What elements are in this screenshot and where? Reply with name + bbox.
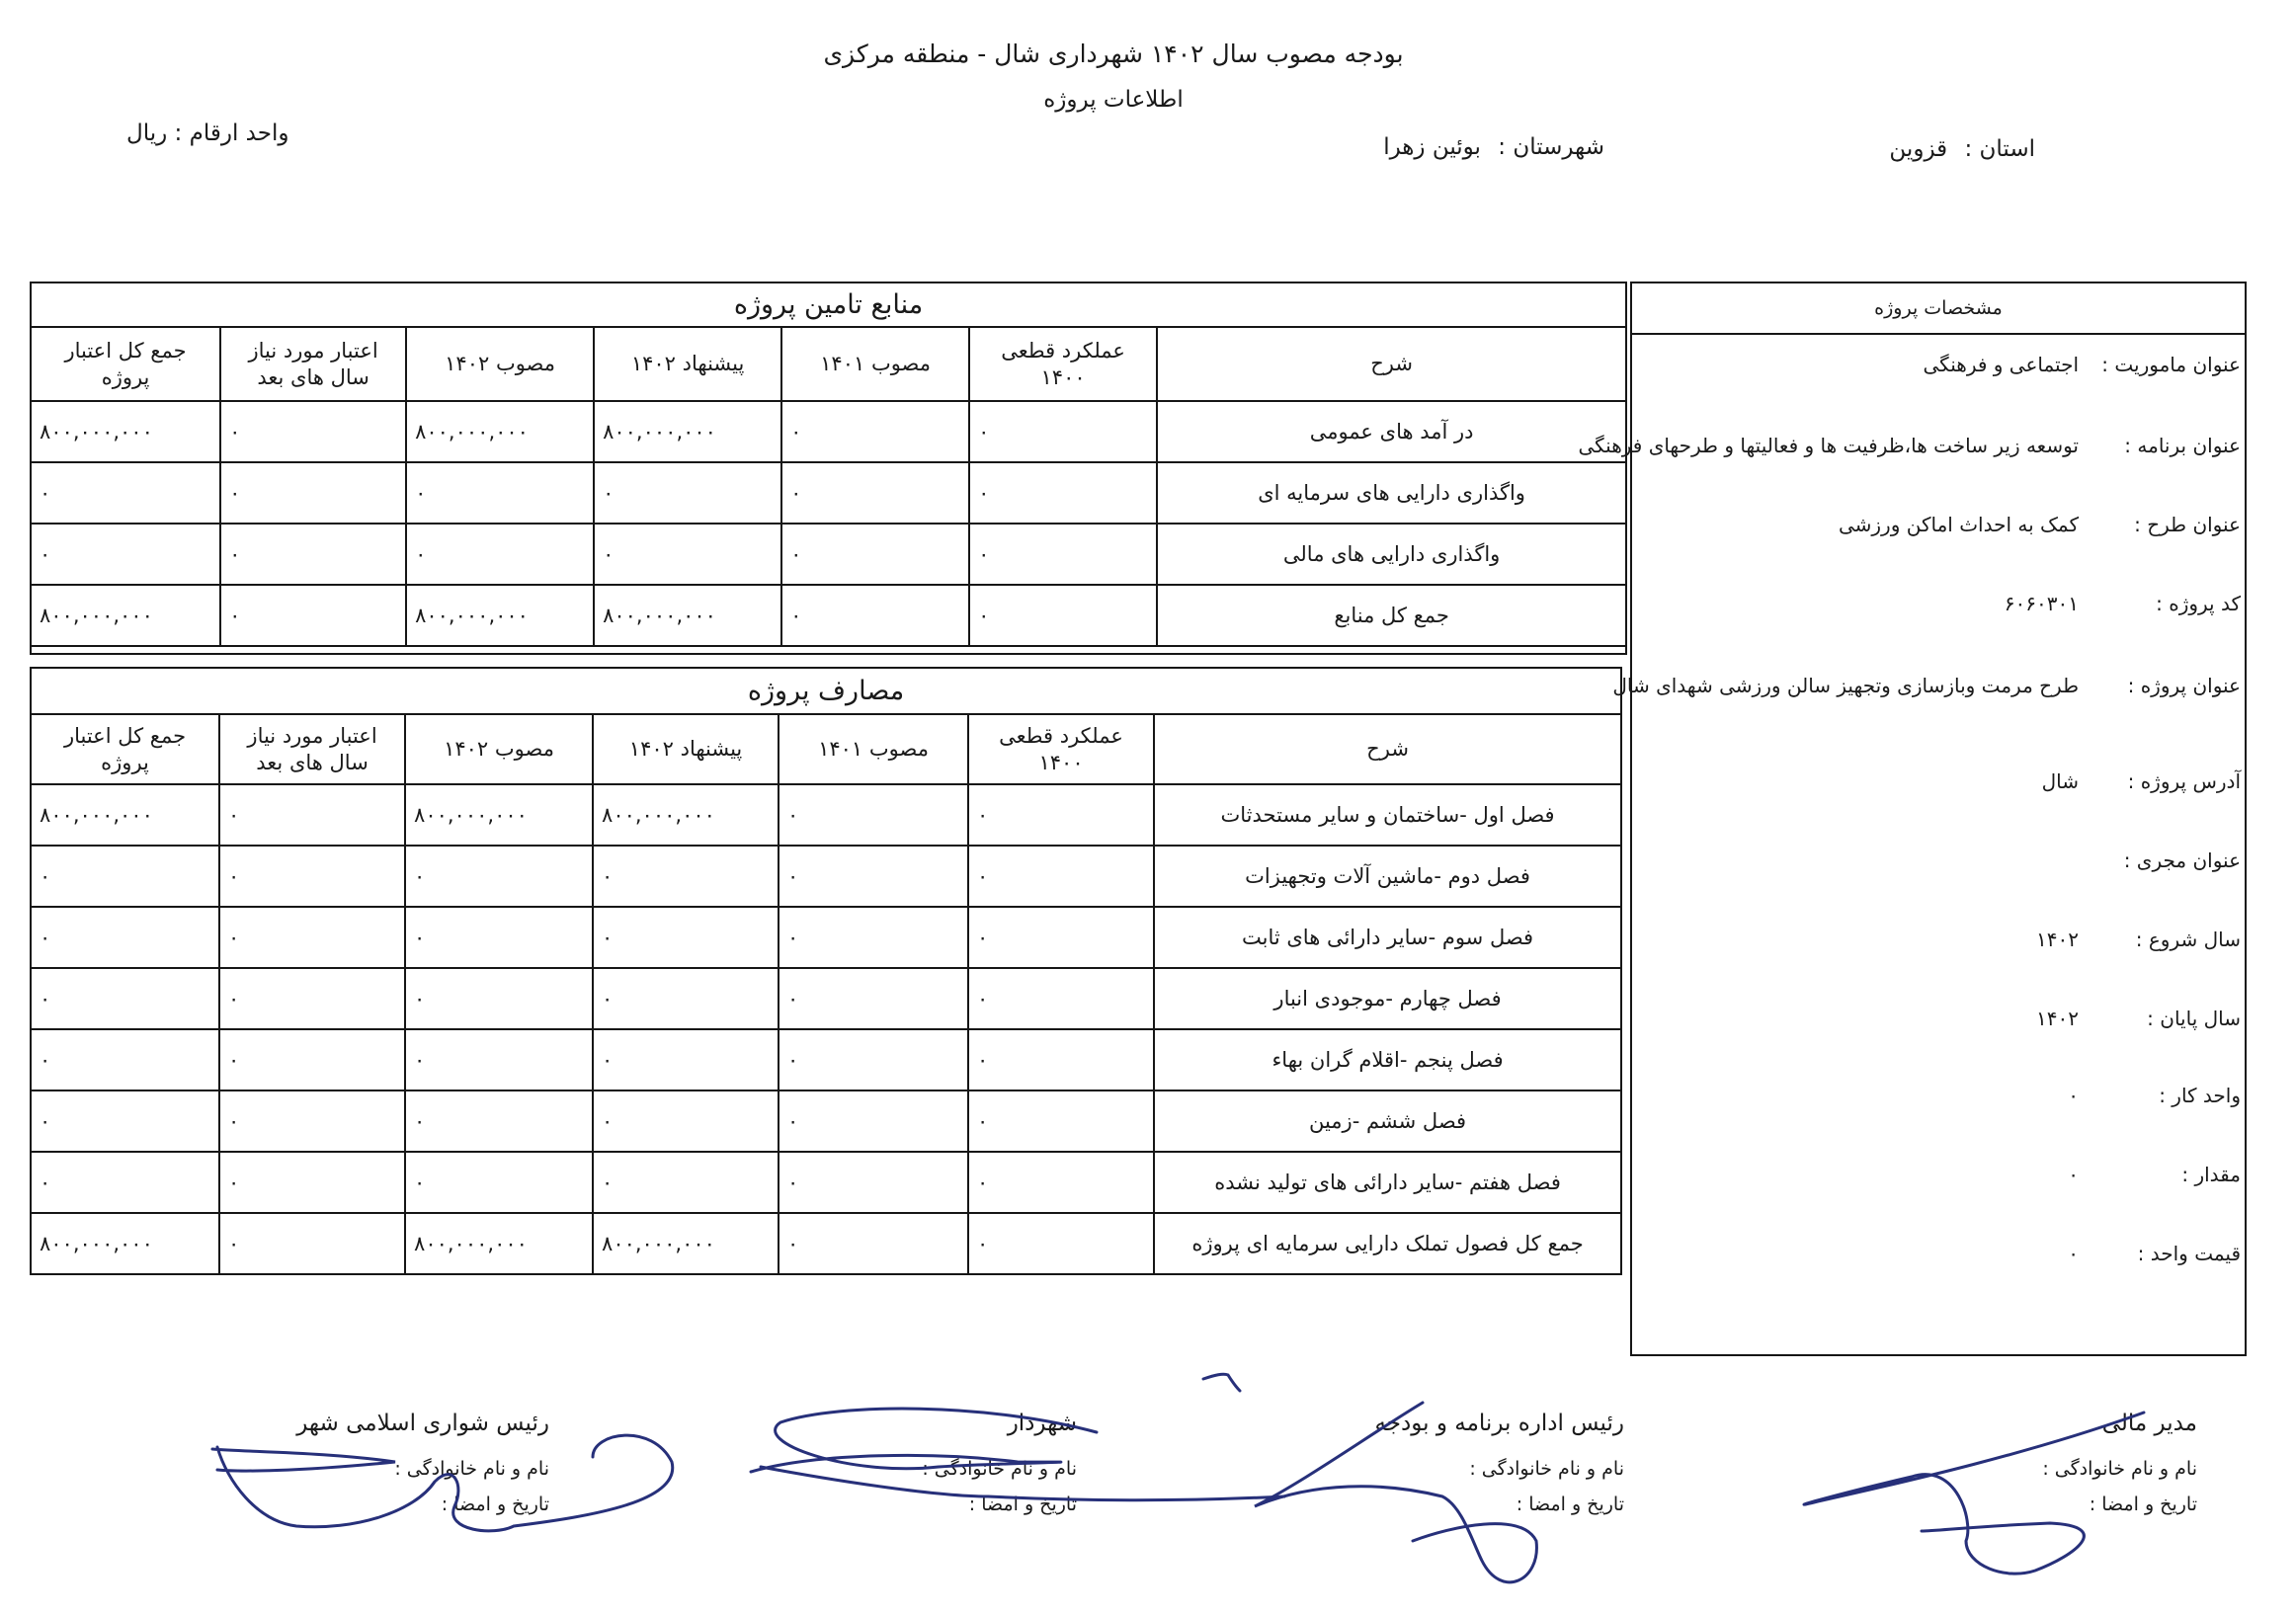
cell-project-total: ۰ xyxy=(31,907,219,968)
spec-value: ۶۰۶۰۳۰۱ xyxy=(2005,592,2079,615)
county-field: شهرستان : بوئین زهرا xyxy=(1383,134,1604,160)
cell-approved-1402: ۰ xyxy=(406,524,594,585)
signatory-role: رئیس شواری اسلامی شهر xyxy=(296,1411,549,1436)
project-specs-title: مشخصات پروژه xyxy=(1632,283,2245,335)
cell-approved-1402: ۰ xyxy=(406,462,594,524)
cell-approved-1402: ۰ xyxy=(405,907,593,968)
cell-proposed-1402: ۰ xyxy=(593,1152,779,1213)
cell-actual-1400: ۰ xyxy=(969,401,1157,462)
cell-approved-1401: ۰ xyxy=(779,1090,968,1152)
column-header-approved-1401: مصوب ۱۴۰۱ xyxy=(781,327,969,401)
project-expenses-table: مصارف پروژه شرح عملکرد قطعی ۱۴۰۰ مصوب ۱۴… xyxy=(30,667,1622,1275)
cell-approved-1402: ۸۰۰,۰۰۰,۰۰۰ xyxy=(406,401,594,462)
table-header-row: شرح عملکرد قطعی ۱۴۰۰ مصوب ۱۴۰۱ پیشنهاد ۱… xyxy=(31,714,1621,784)
cell-actual-1400: ۰ xyxy=(968,907,1154,968)
row-description: فصل هفتم -سایر دارائی های تولید نشده xyxy=(1154,1152,1621,1213)
row-description: فصل دوم -ماشین آلات وتجهیزات xyxy=(1154,846,1621,907)
column-header-approved-1401: مصوب ۱۴۰۱ xyxy=(779,714,968,784)
spec-label: عنوان مجری : xyxy=(2124,848,2241,872)
cell-actual-1400: ۰ xyxy=(968,1029,1154,1090)
cell-actual-1400: ۰ xyxy=(969,524,1157,585)
cell-project-total: ۰ xyxy=(31,462,220,524)
signatory-role: شهردار xyxy=(922,1411,1077,1436)
province-field: استان : قزوین xyxy=(1889,136,2035,162)
cell-approved-1401: ۰ xyxy=(779,1152,968,1213)
cell-project-total: ۸۰۰,۰۰۰,۰۰۰ xyxy=(31,784,219,846)
cell-approved-1402: ۸۰۰,۰۰۰,۰۰۰ xyxy=(406,585,594,646)
table-row: فصل چهارم -موجودی انبار ۰ ۰ ۰ ۰ ۰ ۰ xyxy=(31,968,1621,1029)
cell-future-years: ۰ xyxy=(220,585,406,646)
cell-proposed-1402: ۰ xyxy=(594,462,781,524)
cell-proposed-1402: ۸۰۰,۰۰۰,۰۰۰ xyxy=(593,784,779,846)
spec-value: شال xyxy=(2042,769,2079,793)
cell-actual-1400: ۰ xyxy=(968,784,1154,846)
cell-project-total: ۸۰۰,۰۰۰,۰۰۰ xyxy=(31,1213,219,1274)
spec-value: اجتماعی و فرهنگی xyxy=(1924,353,2079,376)
cell-future-years: ۰ xyxy=(219,1152,405,1213)
spec-value: کمک به احداث اماکن ورزشی xyxy=(1839,513,2079,536)
cell-project-total: ۰ xyxy=(31,1029,219,1090)
name-label: نام و نام خانوادگی : xyxy=(2042,1458,2197,1480)
province-label: استان : xyxy=(1964,136,2035,162)
table-row: واگذاری دارایی های سرمایه ای ۰ ۰ ۰ ۰ ۰ ۰ xyxy=(31,462,1626,524)
cell-proposed-1402: ۰ xyxy=(593,1090,779,1152)
table-row: در آمد های عمومی ۰ ۰ ۸۰۰,۰۰۰,۰۰۰ ۸۰۰,۰۰۰… xyxy=(31,401,1626,462)
cell-approved-1401: ۰ xyxy=(779,784,968,846)
cell-proposed-1402: ۰ xyxy=(593,1029,779,1090)
cell-approved-1402: ۸۰۰,۰۰۰,۰۰۰ xyxy=(405,1213,593,1274)
table-row: فصل اول -ساختمان و سایر مستحدثات ۰ ۰ ۸۰۰… xyxy=(31,784,1621,846)
spec-value: ۰ xyxy=(2068,1084,2079,1107)
table-row: فصل پنجم -اقلام گران بهاء ۰ ۰ ۰ ۰ ۰ ۰ xyxy=(31,1029,1621,1090)
county-value: بوئین زهرا xyxy=(1383,134,1481,160)
table-header-row: شرح عملکرد قطعی ۱۴۰۰ مصوب ۱۴۰۱ پیشنهاد ۱… xyxy=(31,327,1626,401)
document-subtitle: اطلاعات پروژه xyxy=(0,87,2261,113)
cell-approved-1401: ۰ xyxy=(779,1029,968,1090)
signature-block-council-chair: رئیس شواری اسلامی شهر نام و نام خانوادگی… xyxy=(296,1411,549,1529)
cell-future-years: ۰ xyxy=(220,524,406,585)
signature-block-mayor: شهردار نام و نام خانوادگی : تاریخ و امضا… xyxy=(922,1411,1077,1529)
province-value: قزوین xyxy=(1889,136,1947,162)
spec-label: سال شروع : xyxy=(2136,928,2241,951)
column-header-approved-1402: مصوب ۱۴۰۲ xyxy=(406,327,594,401)
spec-label: عنوان ماموریت : xyxy=(2101,353,2241,376)
cell-project-total: ۸۰۰,۰۰۰,۰۰۰ xyxy=(31,585,220,646)
cell-proposed-1402: ۸۰۰,۰۰۰,۰۰۰ xyxy=(594,401,781,462)
cell-approved-1402: ۸۰۰,۰۰۰,۰۰۰ xyxy=(405,784,593,846)
cell-approved-1401: ۰ xyxy=(779,907,968,968)
table-row: فصل هفتم -سایر دارائی های تولید نشده ۰ ۰… xyxy=(31,1152,1621,1213)
cell-future-years: ۰ xyxy=(219,968,405,1029)
cell-approved-1401: ۰ xyxy=(779,1213,968,1274)
cell-actual-1400: ۰ xyxy=(968,1152,1154,1213)
column-header-description: شرح xyxy=(1157,327,1626,401)
spec-value: ۱۴۰۲ xyxy=(2036,928,2079,951)
column-header-project-total: جمع کل اعتبار پروژه xyxy=(31,327,220,401)
spec-label: واحد کار : xyxy=(2159,1084,2241,1107)
table-total-row: جمع کل منابع ۰ ۰ ۸۰۰,۰۰۰,۰۰۰ ۸۰۰,۰۰۰,۰۰۰… xyxy=(31,585,1626,646)
cell-future-years: ۰ xyxy=(219,907,405,968)
cell-proposed-1402: ۰ xyxy=(593,846,779,907)
spec-label: عنوان پروژه : xyxy=(2128,674,2241,697)
cell-future-years: ۰ xyxy=(219,784,405,846)
row-description: جمع کل منابع xyxy=(1157,585,1626,646)
spec-label: عنوان برنامه : xyxy=(2124,434,2241,457)
cell-project-total: ۰ xyxy=(31,1152,219,1213)
spec-value: طرح مرمت وبازسازی وتجهیز سالن ورزشی شهدا… xyxy=(1612,674,2079,697)
cell-approved-1402: ۰ xyxy=(405,1029,593,1090)
document-title: بودجه مصوب سال ۱۴۰۲ شهرداری شال - منطقه … xyxy=(0,40,2261,68)
cell-future-years: ۰ xyxy=(219,1213,405,1274)
date-signature-label: تاریخ و امضا : xyxy=(1374,1494,1624,1515)
currency-unit: واحد ارقام : ریال xyxy=(126,121,288,146)
row-description: واگذاری دارایی های سرمایه ای xyxy=(1157,462,1626,524)
mark-stroke xyxy=(1203,1374,1240,1391)
column-header-proposed-1402: پیشنهاد ۱۴۰۲ xyxy=(594,327,781,401)
cell-approved-1401: ۰ xyxy=(779,846,968,907)
cell-approved-1402: ۰ xyxy=(405,1090,593,1152)
cell-approved-1401: ۰ xyxy=(781,524,969,585)
spec-label: آدرس پروژه : xyxy=(2128,769,2241,793)
table-total-row: جمع کل فصول تملک دارایی سرمایه ای پروژه … xyxy=(31,1213,1621,1274)
row-description: فصل سوم -سایر دارائی های ثابت xyxy=(1154,907,1621,968)
signature-block-budget-director: رئیس اداره برنامه و بودجه نام و نام خانو… xyxy=(1374,1411,1624,1529)
row-description: در آمد های عمومی xyxy=(1157,401,1626,462)
name-label: نام و نام خانوادگی : xyxy=(922,1458,1077,1480)
spec-value: ۱۴۰۲ xyxy=(2036,1007,2079,1030)
cell-future-years: ۰ xyxy=(219,1090,405,1152)
table-row: فصل دوم -ماشین آلات وتجهیزات ۰ ۰ ۰ ۰ ۰ ۰ xyxy=(31,846,1621,907)
date-signature-label: تاریخ و امضا : xyxy=(922,1494,1077,1515)
cell-actual-1400: ۰ xyxy=(968,968,1154,1029)
table-row: فصل ششم -زمین ۰ ۰ ۰ ۰ ۰ ۰ xyxy=(31,1090,1621,1152)
cell-proposed-1402: ۰ xyxy=(593,968,779,1029)
column-header-actual-1400: عملکرد قطعی ۱۴۰۰ xyxy=(968,714,1154,784)
cell-project-total: ۸۰۰,۰۰۰,۰۰۰ xyxy=(31,401,220,462)
cell-actual-1400: ۰ xyxy=(968,1090,1154,1152)
cell-actual-1400: ۰ xyxy=(969,585,1157,646)
name-label: نام و نام خانوادگی : xyxy=(296,1458,549,1480)
column-header-future-years: اعتبار مورد نیاز سال های بعد xyxy=(220,327,406,401)
column-header-actual-1400: عملکرد قطعی ۱۴۰۰ xyxy=(969,327,1157,401)
signature-block-finance-manager: مدیر مالی نام و نام خانوادگی : تاریخ و ا… xyxy=(2042,1411,2197,1529)
cell-future-years: ۰ xyxy=(220,401,406,462)
cell-approved-1401: ۰ xyxy=(781,462,969,524)
row-description: فصل پنجم -اقلام گران بهاء xyxy=(1154,1029,1621,1090)
cell-project-total: ۰ xyxy=(31,1090,219,1152)
cell-actual-1400: ۰ xyxy=(969,462,1157,524)
cell-approved-1401: ۰ xyxy=(779,968,968,1029)
row-description: جمع کل فصول تملک دارایی سرمایه ای پروژه xyxy=(1154,1213,1621,1274)
cell-project-total: ۰ xyxy=(31,846,219,907)
cell-project-total: ۰ xyxy=(31,524,220,585)
name-label: نام و نام خانوادگی : xyxy=(1374,1458,1624,1480)
signatory-role: مدیر مالی xyxy=(2042,1411,2197,1436)
cell-approved-1401: ۰ xyxy=(781,585,969,646)
cell-future-years: ۰ xyxy=(219,1029,405,1090)
signatory-role: رئیس اداره برنامه و بودجه xyxy=(1374,1411,1624,1436)
cell-proposed-1402: ۸۰۰,۰۰۰,۰۰۰ xyxy=(593,1213,779,1274)
row-description: فصل چهارم -موجودی انبار xyxy=(1154,968,1621,1029)
date-signature-label: تاریخ و امضا : xyxy=(2042,1494,2197,1515)
cell-approved-1402: ۰ xyxy=(405,1152,593,1213)
row-description: واگذاری دارایی های مالی xyxy=(1157,524,1626,585)
funding-sources-table: منابع تامین پروژه شرح عملکرد قطعی ۱۴۰۰ م… xyxy=(30,282,1627,655)
column-header-proposed-1402: پیشنهاد ۱۴۰۲ xyxy=(593,714,779,784)
county-label: شهرستان : xyxy=(1498,134,1604,160)
spec-label: سال پایان : xyxy=(2147,1007,2241,1030)
spec-value: توسعه زیر ساخت ها،ظرفیت ها و فعالیتها و … xyxy=(1578,434,2079,457)
row-description: فصل ششم -زمین xyxy=(1154,1090,1621,1152)
cell-proposed-1402: ۰ xyxy=(594,524,781,585)
cell-project-total: ۰ xyxy=(31,968,219,1029)
cell-approved-1402: ۰ xyxy=(405,846,593,907)
column-header-description: شرح xyxy=(1154,714,1621,784)
column-header-future-years: اعتبار مورد نیاز سال های بعد xyxy=(219,714,405,784)
column-header-approved-1402: مصوب ۱۴۰۲ xyxy=(405,714,593,784)
spec-label: مقدار : xyxy=(2181,1163,2241,1186)
spec-value: ۰ xyxy=(2068,1163,2079,1186)
project-specs-panel: مشخصات پروژه عنوان ماموریت : اجتماعی و ف… xyxy=(1630,282,2247,1356)
table-row: واگذاری دارایی های مالی ۰ ۰ ۰ ۰ ۰ ۰ xyxy=(31,524,1626,585)
column-header-project-total: جمع کل اعتبار پروژه xyxy=(31,714,219,784)
funding-sources-title: منابع تامین پروژه xyxy=(31,283,1626,327)
cell-proposed-1402: ۰ xyxy=(593,907,779,968)
row-description: فصل اول -ساختمان و سایر مستحدثات xyxy=(1154,784,1621,846)
spec-label: عنوان طرح : xyxy=(2134,513,2241,536)
table-row: فصل سوم -سایر دارائی های ثابت ۰ ۰ ۰ ۰ ۰ … xyxy=(31,907,1621,968)
cell-actual-1400: ۰ xyxy=(968,846,1154,907)
spec-value: ۰ xyxy=(2068,1242,2079,1265)
spec-label: قیمت واحد : xyxy=(2138,1242,2241,1265)
cell-actual-1400: ۰ xyxy=(968,1213,1154,1274)
project-expenses-title: مصارف پروژه xyxy=(31,668,1621,714)
table-divider xyxy=(31,646,1626,654)
spec-label: کد پروژه : xyxy=(2156,592,2241,615)
cell-approved-1402: ۰ xyxy=(405,968,593,1029)
cell-future-years: ۰ xyxy=(220,462,406,524)
date-signature-label: تاریخ و امضا : xyxy=(296,1494,549,1515)
cell-future-years: ۰ xyxy=(219,846,405,907)
cell-proposed-1402: ۸۰۰,۰۰۰,۰۰۰ xyxy=(594,585,781,646)
cell-approved-1401: ۰ xyxy=(781,401,969,462)
